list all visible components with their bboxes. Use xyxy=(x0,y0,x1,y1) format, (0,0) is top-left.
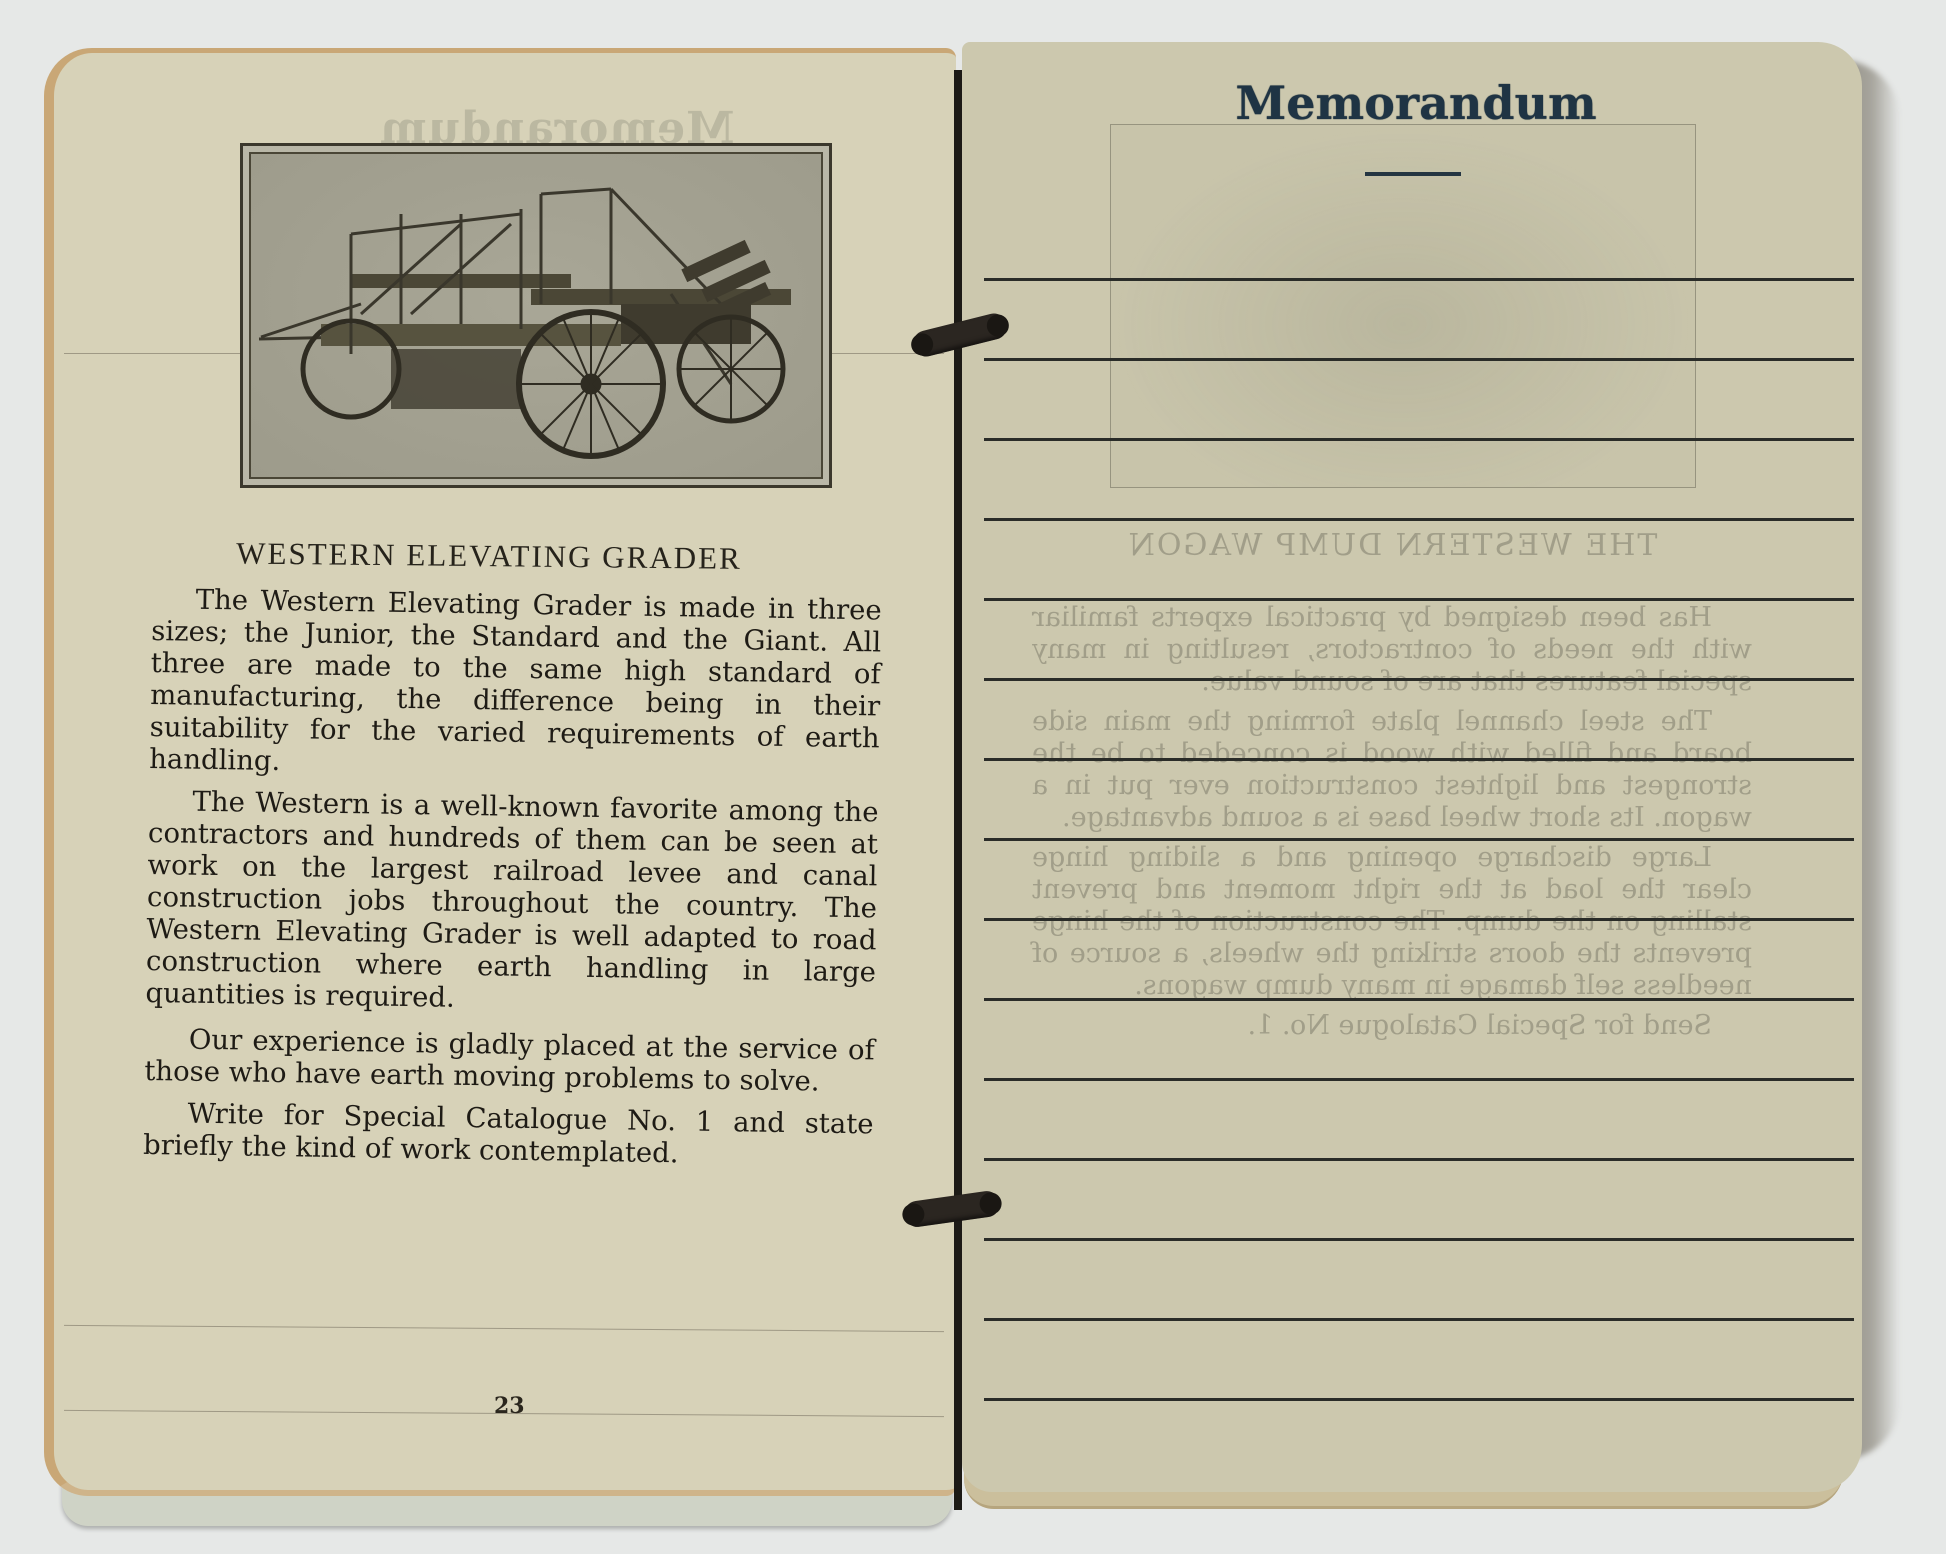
show-through-paragraph: Has been designed by practical experts f… xyxy=(1032,602,1752,698)
paragraph-catalogue: Write for Special Catalogue No. 1 and st… xyxy=(143,1097,874,1172)
grader-illustration-icon xyxy=(251,154,823,479)
right-page: Memorandum THE WESTERN DUMP WAGON Has be… xyxy=(962,42,1862,1492)
left-page: Memorandum xyxy=(44,48,956,1496)
ruled-line xyxy=(984,1238,1854,1241)
show-through-title: THE WESTERN DUMP WAGON xyxy=(1032,530,1752,562)
ruled-line xyxy=(984,1078,1854,1081)
show-through-paragraph: Send for Special Catalogue No. 1. xyxy=(1032,1010,1752,1042)
show-through-paragraph: The steel channel plate forming the main… xyxy=(1032,706,1752,834)
ruled-line xyxy=(984,838,1854,841)
article-body: The Western Elevating Grader is made in … xyxy=(143,583,882,1182)
ruled-line xyxy=(984,1158,1854,1161)
ruled-line xyxy=(984,518,1854,521)
ruled-line xyxy=(984,678,1854,681)
ruled-line xyxy=(984,1318,1854,1321)
show-through-photo xyxy=(1110,124,1696,488)
book-spine xyxy=(954,70,962,1510)
show-through-paragraph: Large discharge opening and a sliding hi… xyxy=(1032,842,1752,1002)
ruled-line xyxy=(984,358,1854,361)
paragraph-favorite: The Western is a well-known favorite amo… xyxy=(145,785,878,1020)
ruled-line xyxy=(984,278,1854,281)
faint-rule xyxy=(64,1325,944,1332)
ruled-line xyxy=(984,598,1854,601)
grader-photo xyxy=(240,143,832,488)
paragraph-experience: Our experience is gladly placed at the s… xyxy=(144,1023,875,1098)
ruled-line xyxy=(984,918,1854,921)
grader-photo-image xyxy=(249,152,823,479)
header-underline xyxy=(1365,172,1461,176)
paragraph-sizes: The Western Elevating Grader is made in … xyxy=(149,583,882,786)
ruled-line xyxy=(984,998,1854,1001)
show-through-text: THE WESTERN DUMP WAGON Has been designed… xyxy=(1032,530,1752,1050)
memorandum-header: Memorandum xyxy=(962,76,1862,130)
page-number: 23 xyxy=(494,1393,525,1419)
ruled-line xyxy=(984,438,1854,441)
ruled-line xyxy=(984,758,1854,761)
ruled-line xyxy=(984,1398,1854,1401)
article-title: WESTERN ELEVATING GRADER xyxy=(54,534,894,579)
